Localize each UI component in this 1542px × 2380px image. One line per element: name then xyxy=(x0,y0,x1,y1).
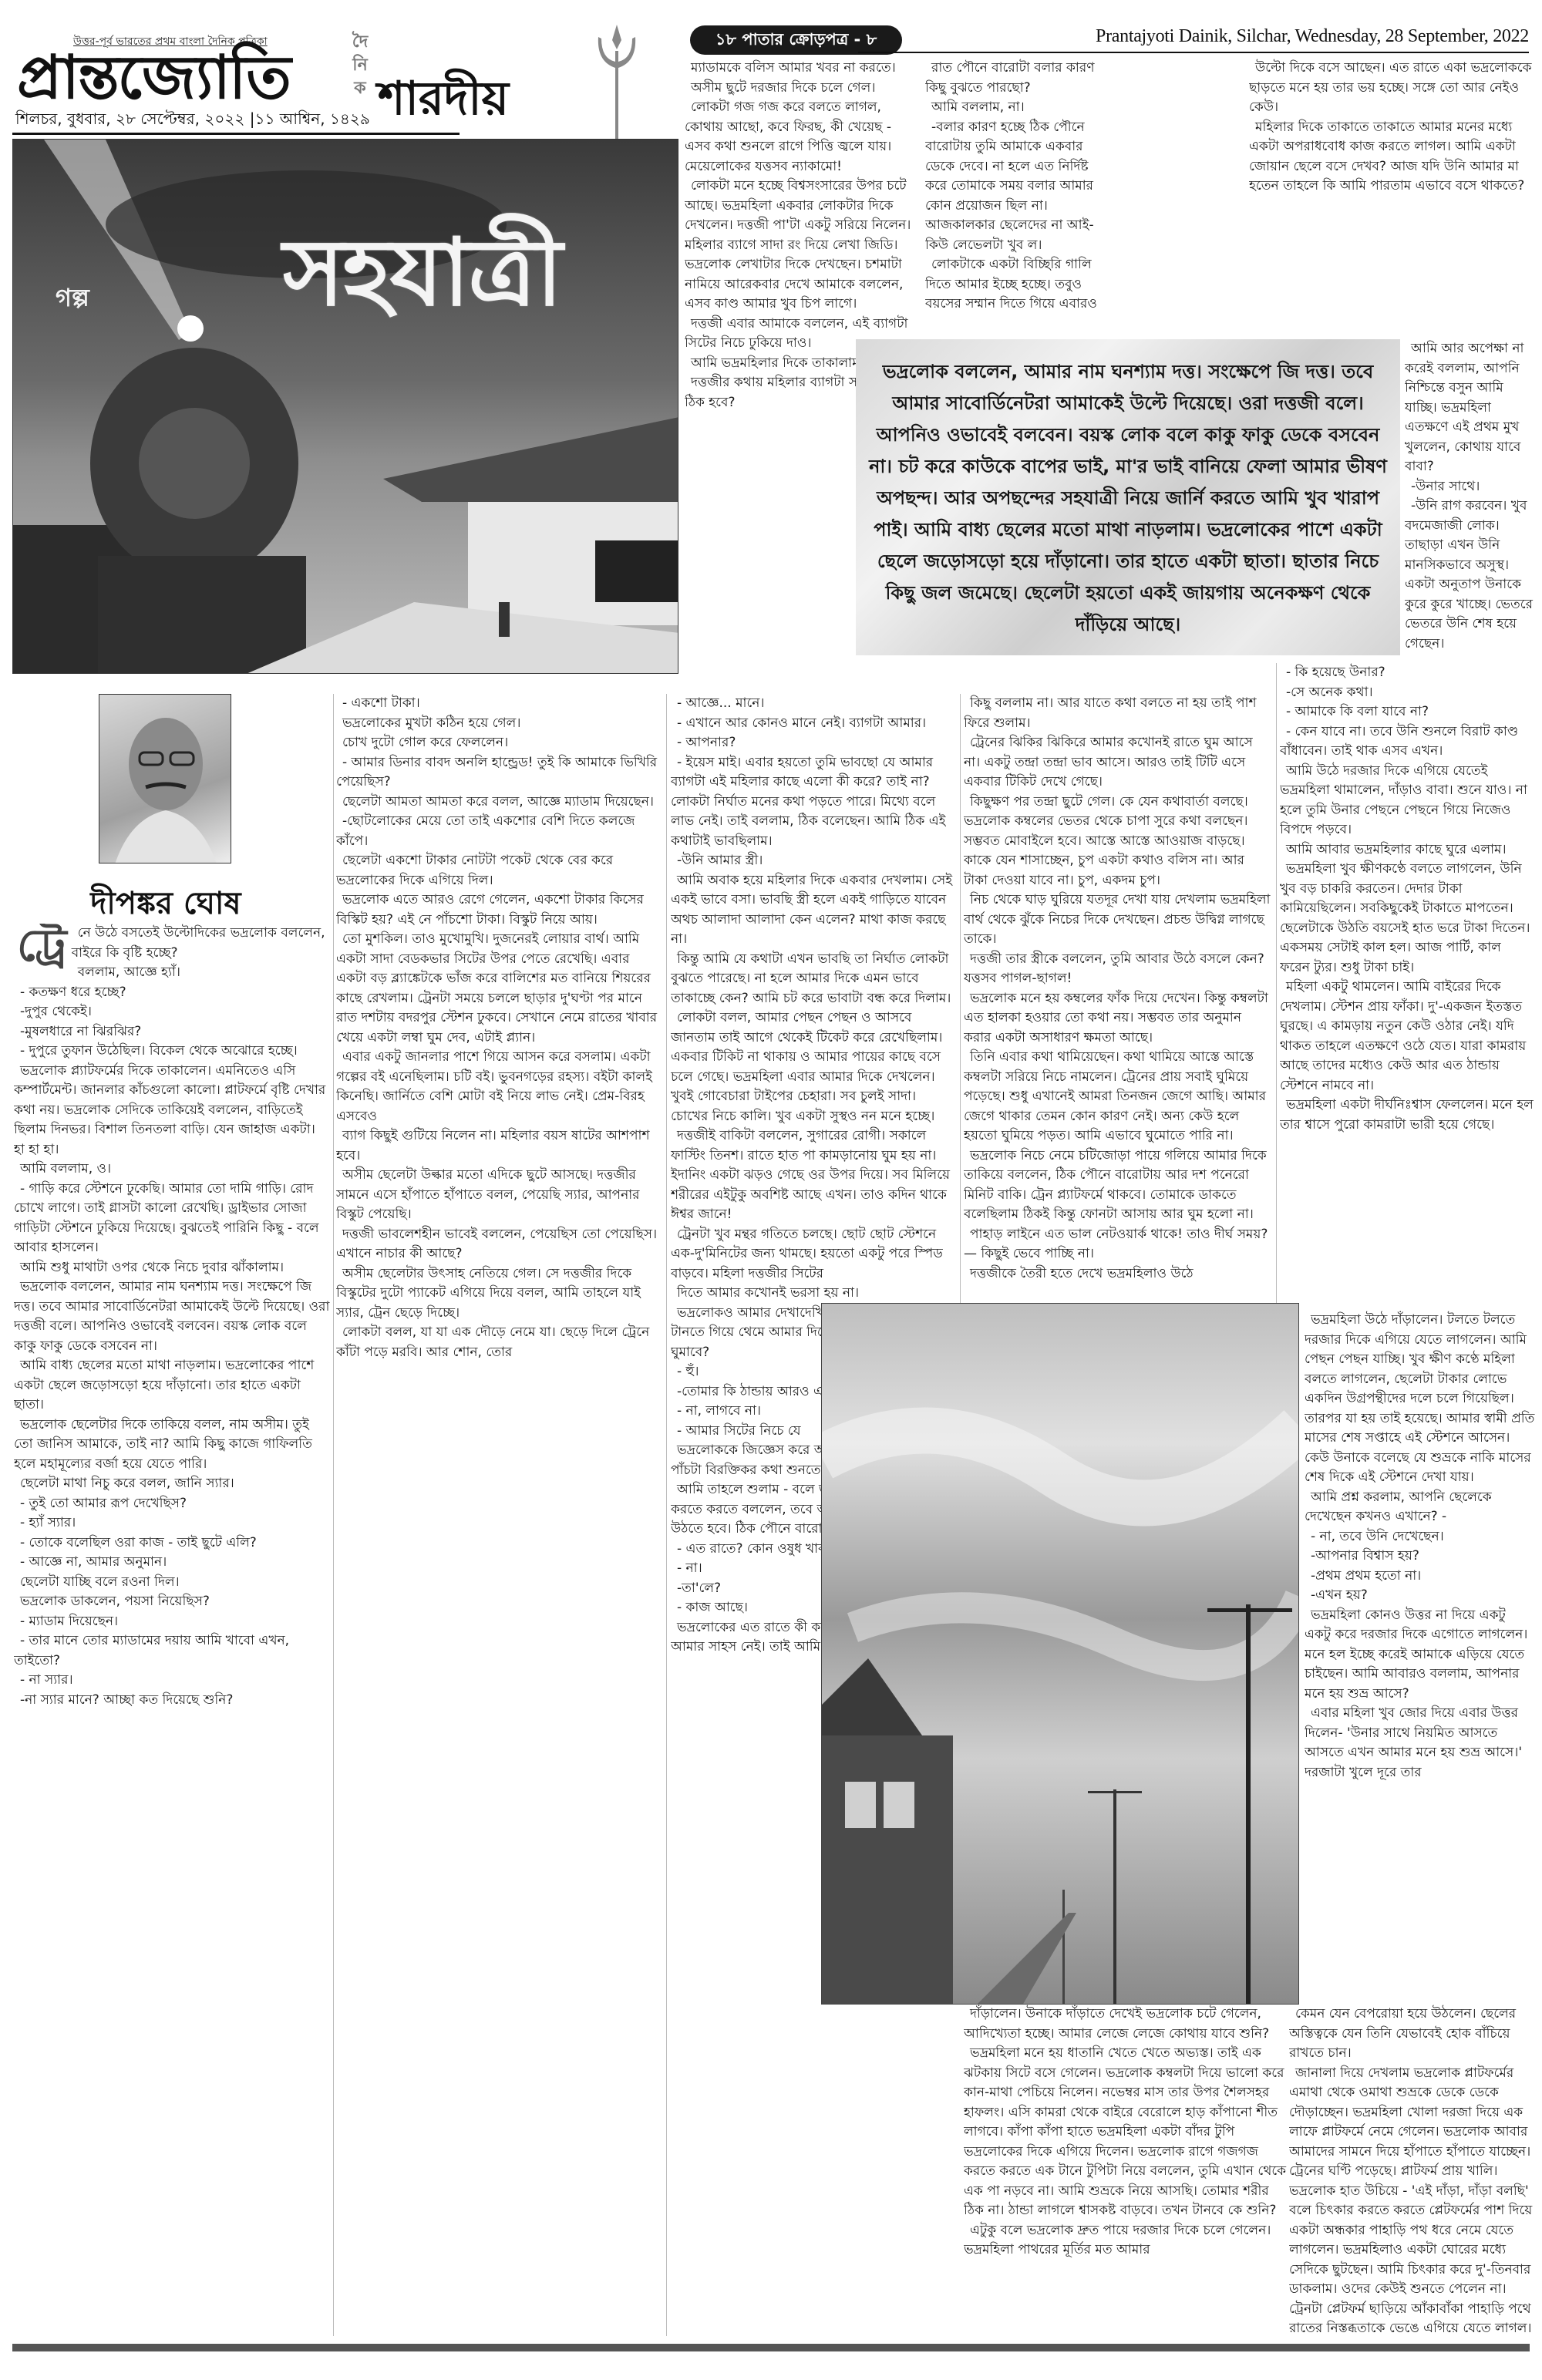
pull-quote: ভদ্রলোক বললেন, আমার নাম ঘনশ্যাম দত্ত। সং… xyxy=(856,339,1400,655)
paragraph: নিচ থেকে ঘাড় ঘুরিয়ে যতদূর দেখা যায় দে… xyxy=(964,890,1272,950)
paragraph: লোকটা বলল, যা যা এক দৌড়ে নেমে যা। ছেড়ে… xyxy=(336,1323,660,1362)
paragraph: আমি বললাম, ও। xyxy=(14,1160,330,1180)
column-divider xyxy=(960,694,961,1303)
paragraph: - একশো টাকা। xyxy=(336,694,660,714)
paragraph: কেমন যেন বেপরোয়া হয়ে উঠলেন। ছেলের অস্ত… xyxy=(1289,2005,1536,2064)
paragraph: -এখন হয়? xyxy=(1305,1586,1536,1606)
paragraph: অসীম ছুটে দরজার দিকে চলে গেল। xyxy=(685,79,916,99)
paragraph: তো মুশকিল। তাও মুখোমুখি। দুজনেরই লোয়ার … xyxy=(336,930,660,1048)
paragraph: ভদ্রলোক প্ল্যাটফর্মের দিকে তাকালেন। এমনি… xyxy=(14,1062,330,1160)
column-divider xyxy=(1276,663,1277,1303)
paragraph: - না, তবে উনি দেখেছেন। xyxy=(1305,1527,1536,1547)
special-edition-title: শারদীয় xyxy=(378,63,509,140)
folio-rule xyxy=(858,52,1529,53)
paragraph: এবার একটু জানলার পাশে গিয়ে আসন করে বসলা… xyxy=(336,1048,660,1126)
paragraph: -দুপুর থেকেই। xyxy=(14,1002,330,1022)
hero-illustration: গল্প সহযাত্রী xyxy=(12,139,678,674)
paragraph: ভদ্রলোক এতে আরও রেগে গেলেন, একশো টাকার ক… xyxy=(336,890,660,930)
paragraph: ভদ্রলোক নিচে নেমে চটিজোড়া পায়ে গলিয়ে … xyxy=(964,1146,1272,1225)
paragraph: - আমাকে কি বলা যাবে না? xyxy=(1280,702,1534,722)
paragraph: কিছু বললাম না। আর যাতে কথা বলতে না হয় ত… xyxy=(964,694,1272,733)
paragraph: লোকটা গজ গজ করে বলতে লাগল, কোথায় আছো, ক… xyxy=(685,98,916,177)
footer-rule xyxy=(12,2344,1530,2351)
paragraph: আমি বাধ্য ছেলের মতো মাথা নাড়লাম। ভদ্রলো… xyxy=(14,1356,330,1416)
paragraph: অসীম ছেলেটা উল্কার মতো এদিকে ছুটে আসছে। … xyxy=(336,1166,660,1225)
paragraph: ভদ্রলোকের মুখটা কঠিন হয়ে গেল। xyxy=(336,714,660,734)
masthead: উত্তর-পূর্ব ভারতের প্রথম বাংলা দৈনিক পত্… xyxy=(0,0,678,139)
paragraph: ব্যাগ কিছুই গুটিয়ে নিলেন না। মহিলার বয়… xyxy=(336,1126,660,1166)
paragraph: এটুকু বলে ভদ্রলোক দ্রুত পায়ে দরজার দিকে… xyxy=(964,2221,1288,2260)
drop-cap: ট্রে xyxy=(17,925,67,965)
paragraph: - কি হয়েছে উনার? xyxy=(1280,663,1534,683)
paragraph: - দুপুরে তুফান উঠেছিল। বিকেল থেকে অঝোরে … xyxy=(14,1042,330,1062)
paragraph: পাহাড় লাইনে এত ভাল নেটওয়ার্ক থাকে! তাও… xyxy=(964,1225,1272,1264)
paragraph: ভদ্রলোক বললেন, আমার নাম ঘনশ্যাম দত্ত। সং… xyxy=(14,1278,330,1356)
dainik-vertical-label: দৈ নি ক xyxy=(347,31,373,100)
paragraph: - ইয়েস মাই। এবার হয়তো তুমি ভাবছো যে আম… xyxy=(671,753,956,852)
paragraph: ভদ্রমহিলা উঠে দাঁড়ালেন। টলতে টলতে দরজার… xyxy=(1305,1311,1536,1488)
paragraph: -বলার কারণ হচ্ছে ঠিক পৌনে বারোটায় তুমি … xyxy=(925,118,1099,256)
paragraph: ছেলেটা আমতা আমতা করে বলল, আজ্ঞে ম্যাডাম … xyxy=(336,793,660,813)
article-column-1: ট্রে নে উঠে বসতেই উল্টোদিকের ভদ্রলোক বলল… xyxy=(14,924,330,2338)
paragraph: ভদ্রমহিলা খুব ক্ষীণকণ্ঠে বলতে লাগলেন, উন… xyxy=(1280,860,1534,978)
paragraph: মহিলার দিকে তাকাতে তাকাতে আমার মনের মধ্য… xyxy=(1249,118,1534,197)
paragraph: দত্তজীই বাকিটা বললেন, সুগারের রোগী। সকাল… xyxy=(671,1126,956,1225)
trident-icon xyxy=(594,23,640,139)
paragraph: -ছোটলোকের মেয়ে তো তাই একশোর বেশি দিতে ক… xyxy=(336,812,660,851)
paragraph: ভদ্রমহিলা কোনও উত্তর না দিয়ে একটু একটু … xyxy=(1305,1606,1536,1705)
paragraph: -প্রথম প্রথম হতো না। xyxy=(1305,1567,1536,1587)
paragraph: লোকটাকে একটা বিচ্ছিরি গালি দিতে আমার ইচ্… xyxy=(925,255,1099,315)
author-photo xyxy=(99,694,231,863)
paragraph: কিছুক্ষণ পর তন্দ্রা ছুটে গেল। কে যেন কথা… xyxy=(964,793,1272,891)
paragraph: - কেন যাবে না। তবে উনি শুনলে বিরাট কাণ্ড… xyxy=(1280,722,1534,762)
paragraph: -আপনার বিশ্বাস হয়? xyxy=(1305,1547,1536,1567)
paragraph: ছেলেটা যাচ্ছি বলে রওনা দিল। xyxy=(14,1573,330,1593)
paragraph: আমি শুধু মাথাটা ওপর থেকে নিচে দুবার ঝাঁক… xyxy=(14,1258,330,1278)
paragraph: ভদ্রলোক মনে হয় কম্বলের ফাঁক দিয়ে দেখেন… xyxy=(964,989,1272,1049)
signal-tower-illustration xyxy=(821,1303,1299,2005)
paragraph: লোকটা বলল, আমার পেছন পেছন ও আসবে জানতাম … xyxy=(671,1008,956,1126)
article-column-lower-right: কেমন যেন বেপরোয়া হয়ে উঠলেন। ছেলের অস্ত… xyxy=(1289,2005,1536,2344)
dainik-char: দৈ xyxy=(347,31,373,54)
folio-line: Prantajyoti Dainik, Silchar, Wednesday, … xyxy=(858,26,1529,47)
paragraph: ছেলেটা একশো টাকার নোটটা পকেট থেকে বের কর… xyxy=(336,851,660,890)
paragraph: কিন্তু আমি যে কথাটা এখন ভাবছি তা নির্ঘাত… xyxy=(671,950,956,1009)
author-byline: দীপঙ্কর ঘোষ xyxy=(0,879,332,931)
paragraph: আমি অবাক হয়ে মহিলার দিকে একবার দেখলাম। … xyxy=(671,871,956,950)
newspaper-logo: প্রান্তজ্যোতি xyxy=(17,48,290,108)
paragraph: উল্টো দিকে বসে আছেন। এত রাতে একা ভদ্রলোক… xyxy=(1249,59,1534,118)
paragraph: ট্রেনের ঝিকির ঝিকিরে আমার কখোনই রাতে ঘুম… xyxy=(964,733,1272,793)
paragraph: - না স্যার। xyxy=(14,1671,330,1691)
paragraph: লোকটা মনে হচ্ছে বিশ্বসংসারের উপর চটে আছে… xyxy=(685,177,916,315)
paragraph: -উনি আমার স্ত্রী। xyxy=(671,851,956,871)
story-title: সহযাত্রী xyxy=(283,201,561,356)
paragraph: - ম্যাডাম দিয়েছেন। xyxy=(14,1612,330,1632)
column-divider xyxy=(666,694,667,2336)
article-column-4: রাত পৌনে বারোটা বলার কারণ কিছু বুঝতে পার… xyxy=(925,59,1099,336)
paragraph: ম্যাডামকে বলিস আমার খবর না করতে। xyxy=(685,59,916,79)
paragraph: দত্তজী তার স্ত্রীকে বললেন, তুমি আবার উঠে… xyxy=(964,950,1272,989)
article-column-4-main: কিছু বললাম না। আর যাতে কথা বলতে না হয় ত… xyxy=(964,694,1272,1295)
paragraph: দাঁড়ালেন। উনাকে দাঁড়াতে দেখেই ভদ্রলোক … xyxy=(964,2005,1288,2044)
paragraph: দত্তজীকে তৈরী হতে দেখে ভদ্রমহিলাও উঠে xyxy=(964,1264,1272,1284)
paragraph: - আপনার? xyxy=(671,733,956,753)
masthead-rule xyxy=(12,133,460,135)
paragraph: ভদ্রলোক ডাকলেন, পয়সা নিয়েছিস? xyxy=(14,1592,330,1612)
paragraph: চোখ দুটো গোল করে ফেললেন। xyxy=(336,733,660,753)
paragraph: মহিলা একটু থামলেন। আমি বাইরের দিকে দেখলা… xyxy=(1280,978,1534,1096)
article-column-5: - কি হয়েছে উনার? -সে অনেক কথা। - আমাকে … xyxy=(1280,663,1534,1303)
paragraph: আমি আবার ভদ্রমহিলার কাছে ঘুরে এলাম। xyxy=(1280,840,1534,860)
article-column-2: - একশো টাকা। ভদ্রলোকের মুখটা কঠিন হয়ে গ… xyxy=(336,694,660,2338)
railway-painting xyxy=(822,1304,1299,2005)
paragraph: ভদ্রমহিলা মনে হয় ধাতানি খেতে খেতে অভ্যস… xyxy=(964,2044,1288,2221)
paragraph: -উনি রাগ করবেন। খুব বদমেজাজী লোক। তাছাড়… xyxy=(1405,497,1536,654)
paragraph: ট্রেনটা খুব মন্থর গতিতে চলছে। ছোট ছোট স্… xyxy=(671,1225,956,1284)
article-column-5-lower: ভদ্রমহিলা উঠে দাঁড়ালেন। টলতে টলতে দরজার… xyxy=(1305,1311,1536,2005)
paragraph: ভদ্রলোক ছেলেটার দিকে তাকিয়ে বলল, নাম অস… xyxy=(14,1416,330,1475)
paragraph: দত্তজী ভাবলেশহীন ভাবেই বললেন, পেয়েছিস ত… xyxy=(336,1225,660,1264)
paragraph: তিনি এবার কথা থামিয়েছেন। কথা থামিয়ে আস… xyxy=(964,1048,1272,1146)
paragraph: - আমার ডিনার বাবদ অনলি হান্ড্রেড! তুই কি… xyxy=(336,753,660,793)
paragraph: আমি উঠে দরজার দিকে এগিয়ে যেতেই ভদ্রমহিল… xyxy=(1280,762,1534,840)
paragraph: আমি বললাম, না। xyxy=(925,98,1099,118)
paragraph: - গাড়ি করে স্টেশনে ঢুকেছি। আমার তো দামি… xyxy=(14,1180,330,1258)
paragraph: আমি প্রশ্ন করলাম, আপনি ছেলেকে দেখেছেন কখ… xyxy=(1305,1488,1536,1527)
paragraph: - এখানে আর কোনও মানে নেই। ব্যাগটা আমার। xyxy=(671,714,956,734)
paragraph: - আজ্ঞে না, আমার অনুমান। xyxy=(14,1553,330,1573)
paragraph: -না স্যার মানে? আচ্ছা কত দিয়েছে শুনি? xyxy=(14,1691,330,1711)
dateline: শিলচর, বুধবার, ২৮ সেপ্টেম্বর, ২০২২ |১১ আ… xyxy=(15,108,370,133)
paragraph: অসীম ছেলেটার উৎসাহ নেতিয়ে গেল। সে দত্তজ… xyxy=(336,1264,660,1324)
paragraph: - কতক্ষণ ধরে হচ্ছে? xyxy=(14,983,330,1003)
paragraph: -উনার সাথে। xyxy=(1405,477,1536,497)
article-column-5-top: উল্টো দিকে বসে আছেন। এত রাতে একা ভদ্রলোক… xyxy=(1249,59,1534,336)
article-column-lower-mid: দাঁড়ালেন। উনাকে দাঁড়াতে দেখেই ভদ্রলোক … xyxy=(964,2005,1288,2344)
paragraph: -সে অনেক কথা। xyxy=(1280,683,1534,703)
paragraph: ছেলেটা মাথা নিচু করে বলল, জানি স্যার। xyxy=(14,1474,330,1494)
paragraph: এবার মহিলা খুব জোর দিয়ে এবার উত্তর দিলে… xyxy=(1305,1704,1536,1782)
paragraph: ভদ্রমহিলা একটা দীর্ঘনিঃশ্বাস ফেললেন। মনে… xyxy=(1280,1096,1534,1135)
paragraph: - হ্যাঁ স্যার। xyxy=(14,1513,330,1533)
paragraph: - তুই তো আমার রূপ দেখেছিস? xyxy=(14,1494,330,1514)
author-portrait-image xyxy=(99,695,231,863)
column-divider xyxy=(333,694,334,2336)
paragraph: জানালা দিয়ে দেখলাম ভদ্রলোক প্লাটফর্মের … xyxy=(1289,2064,1536,2339)
paragraph: আমি আর অপেক্ষা না করেই বললাম, আপনি নিশ্চ… xyxy=(1405,339,1536,477)
paragraph: রাত পৌনে বারোটা বলার কারণ কিছু বুঝতে পার… xyxy=(925,59,1099,98)
paragraph: - তোকে বলেছিল ওরা কাজ - তাই ছুটে এলি? xyxy=(14,1533,330,1554)
paragraph: -মুষলধারে না ঝিরঝির? xyxy=(14,1022,330,1042)
story-genre-label: গল্প xyxy=(56,278,89,320)
paragraph: দিতে আমার কখোনই ভরসা হয় না। xyxy=(671,1284,956,1304)
article-column-5-narrow: আমি আর অপেক্ষা না করেই বললাম, আপনি নিশ্চ… xyxy=(1405,339,1536,663)
paragraph: - তার মানে তোর ম্যাডামের দয়ায় আমি খাবো… xyxy=(14,1631,330,1671)
dainik-char: ক xyxy=(347,77,373,100)
dainik-char: নি xyxy=(347,54,373,77)
paragraph: - আজ্ঞে... মানে। xyxy=(671,694,956,714)
